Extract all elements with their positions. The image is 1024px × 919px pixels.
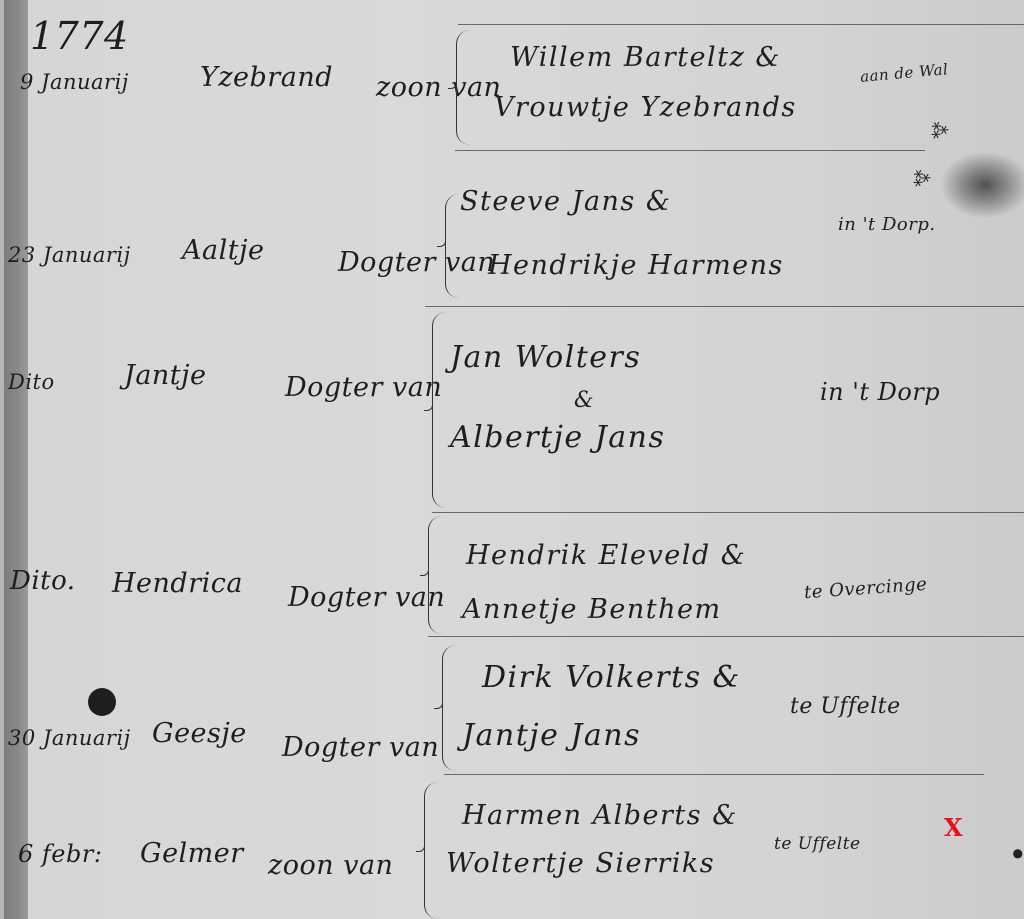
ink-speck-icon: ● bbox=[1009, 844, 1024, 861]
brace bbox=[442, 645, 461, 771]
child-name: Gelmer bbox=[140, 838, 244, 869]
relation: Dogter van bbox=[338, 247, 495, 278]
child-name: Yzebrand bbox=[200, 62, 333, 93]
register-page: 1774 9 Januarij Yzebrand zoon van Willem… bbox=[0, 0, 1024, 919]
mother-name: Jantje Jans bbox=[462, 718, 641, 753]
ink-splotch-icon: ⁂ bbox=[908, 165, 934, 192]
residence: te Uffelte bbox=[774, 834, 861, 854]
brace bbox=[456, 30, 475, 145]
brace bbox=[424, 782, 443, 919]
child-name: Jantje bbox=[124, 360, 207, 391]
child-name: Geesje bbox=[152, 718, 247, 749]
father-name: Jan Wolters bbox=[450, 340, 641, 375]
ink-blot bbox=[88, 688, 116, 716]
binding-shadow bbox=[4, 0, 28, 919]
entry-date: Dito. bbox=[10, 566, 76, 596]
entry-divider bbox=[455, 150, 925, 151]
entry-divider bbox=[444, 774, 984, 775]
father-name: Steeve Jans & bbox=[460, 186, 671, 217]
father-name: Hendrik Eleveld & bbox=[466, 540, 746, 571]
child-name: Hendrica bbox=[112, 568, 243, 599]
entry-divider bbox=[428, 636, 1024, 637]
residence: in 't Dorp bbox=[820, 378, 940, 406]
entry-date: 6 febr: bbox=[18, 840, 102, 868]
brace bbox=[428, 516, 447, 634]
entry-date: 23 Januarij bbox=[8, 243, 131, 267]
ink-splotch-icon: ⁂ bbox=[926, 117, 952, 144]
entry-divider bbox=[432, 512, 1024, 513]
relation: zoon van bbox=[268, 850, 393, 881]
conjunction: & bbox=[574, 388, 595, 413]
register-year: 1774 bbox=[30, 14, 129, 58]
residence: te Overcinge bbox=[803, 574, 928, 604]
brace bbox=[432, 312, 451, 508]
residence: in 't Dorp. bbox=[838, 214, 936, 235]
mother-name: Vrouwtje Yzebrands bbox=[494, 92, 797, 123]
child-name: Aaltje bbox=[182, 235, 264, 266]
mother-name: Albertje Jans bbox=[450, 420, 665, 455]
relation: Dogter van bbox=[285, 372, 442, 403]
relation: Dogter van bbox=[282, 732, 439, 763]
entry-date: 9 Januarij bbox=[20, 70, 129, 94]
entry-divider bbox=[458, 24, 1024, 25]
entry-divider bbox=[425, 306, 1024, 307]
father-name: Dirk Volkerts & bbox=[482, 660, 741, 695]
relation: Dogter van bbox=[288, 582, 445, 613]
mother-name: Woltertje Sierriks bbox=[446, 848, 715, 879]
entry-date: Dito bbox=[8, 370, 55, 394]
red-x-marker[interactable]: X bbox=[944, 816, 963, 840]
relation: zoon van bbox=[376, 72, 501, 103]
entry-date: 30 Januarij bbox=[8, 726, 131, 750]
residence: aan de Wal bbox=[859, 60, 949, 86]
father-name: Harmen Alberts & bbox=[462, 800, 738, 831]
residence: te Uffelte bbox=[790, 694, 901, 719]
father-name: Willem Barteltz & bbox=[510, 42, 781, 73]
mother-name: Hendrikje Harmens bbox=[488, 250, 784, 281]
mother-name: Annetje Benthem bbox=[462, 594, 722, 625]
